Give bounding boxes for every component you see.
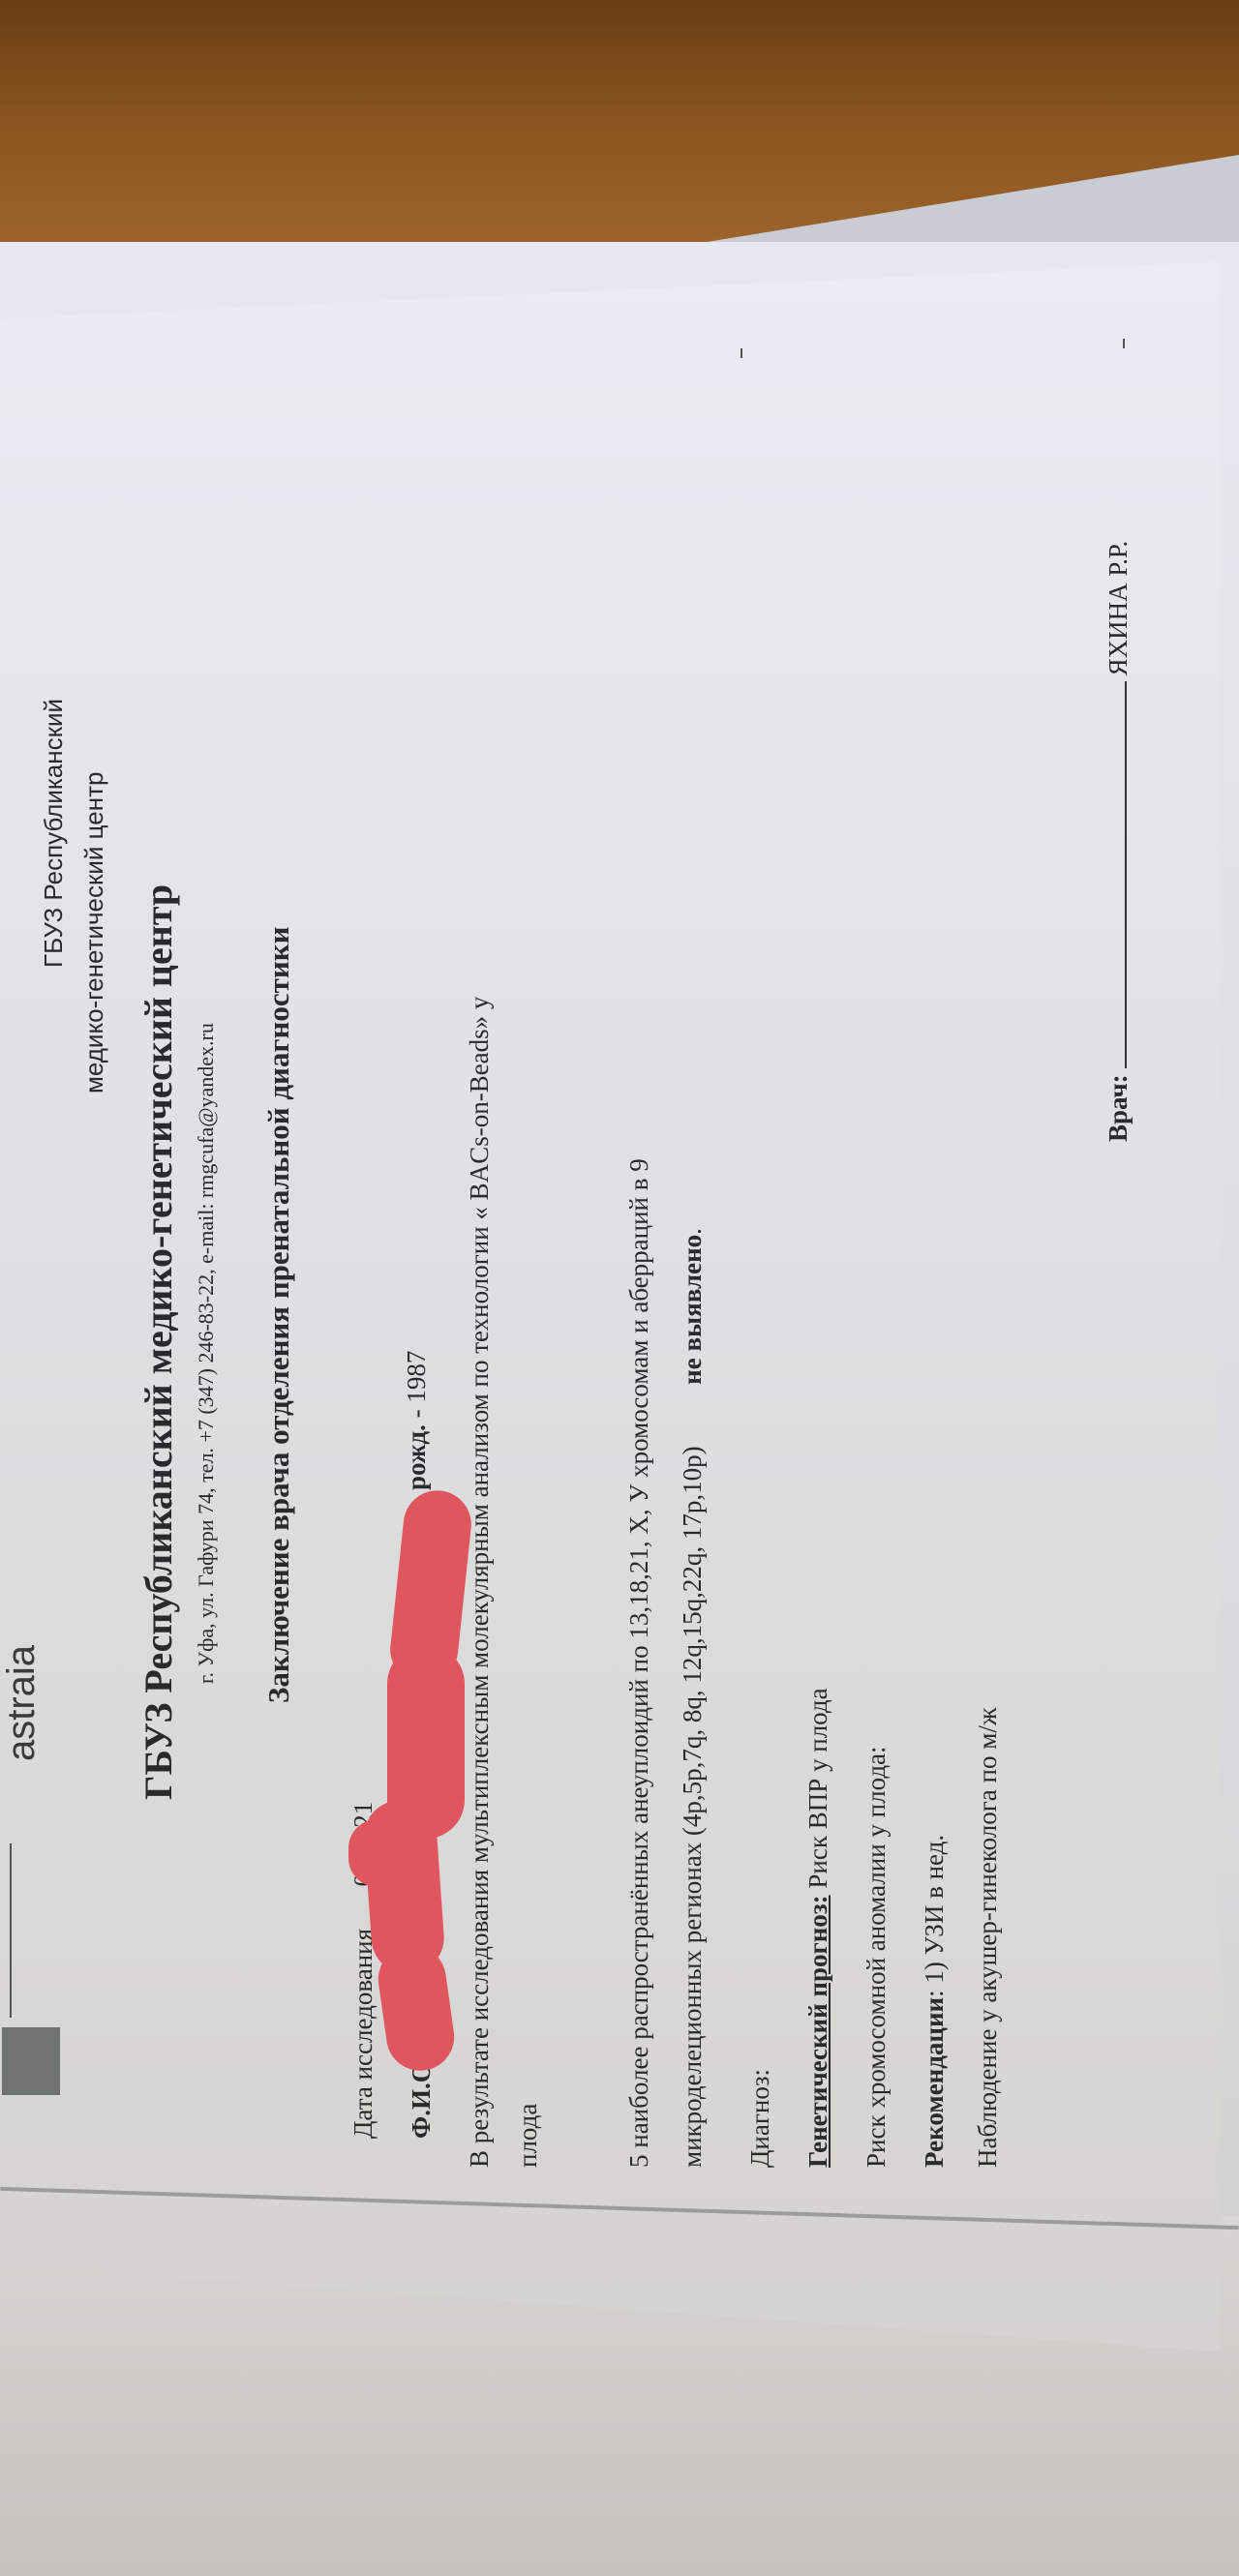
subtitle: Заключение врача отделения пренатальной … <box>261 927 296 1703</box>
signature-line <box>1125 681 1127 1068</box>
finding-period: . <box>678 1228 707 1235</box>
prognosis-value: Риск ВПР у плода <box>803 1688 832 1895</box>
recommendations: Рекомендации: 1) УЗИ в нед. <box>920 1835 950 2168</box>
signature-block: Врач:ЯХИНА Р.Р. <box>1103 541 1133 1142</box>
birth-field: рожд. - 1987 <box>402 1351 432 1490</box>
divider <box>10 1843 12 2018</box>
finding-line-2: микроделеционных регионах (4p,5p,7q, 8q,… <box>678 1228 708 2168</box>
recommendations-value: : 1) УЗИ в нед. <box>920 1835 949 1997</box>
finding-line-1: 5 наиболее распространённых анеуплоидий … <box>624 1158 654 2168</box>
document-content: astraia ГБУЗ Республиканский медико-гене… <box>0 213 1239 2342</box>
birth-value: - 1987 <box>402 1351 431 1419</box>
chromosomal-risk: Риск хромосомной аномалии у плода: <box>861 1746 891 2168</box>
birth-label: рожд. <box>402 1424 431 1490</box>
astraia-logo: astraia <box>0 1645 44 1761</box>
redaction-mark <box>387 1487 475 1687</box>
recommendations-label: Рекомендации <box>920 1997 949 2168</box>
gray-mark <box>2 2027 60 2095</box>
observation: Наблюдение у акушер-гинеколога по м/ж <box>973 1708 1003 2168</box>
result-line-2: плода <box>513 2104 543 2168</box>
speck <box>1123 339 1125 348</box>
corner-header-line1: ГБУЗ Республиканский <box>39 699 69 968</box>
corner-header-line2: медико-генетический центр <box>79 772 109 1093</box>
prognosis: Генетический прогноз: Риск ВПР у плода <box>803 1688 833 2168</box>
prognosis-label: Генетический прогноз: <box>803 1895 832 2168</box>
redaction-mark <box>348 1819 407 1887</box>
diagnosis-label: Диагноз: <box>745 2069 775 2168</box>
finding-regions: микроделеционных регионах (4p,5p,7q, 8q,… <box>678 1446 707 2168</box>
address-line: г. Уфа, ул. Гафури 74, тел. +7 (347) 246… <box>194 1023 219 1684</box>
doctor-name: ЯХИНА Р.Р. <box>1103 541 1133 676</box>
date-label: Дата исследования <box>348 1929 378 2139</box>
page-title: ГБУЗ Республиканский медико-генетический… <box>136 884 181 1800</box>
finding-result: не выявлено <box>678 1235 707 1385</box>
signature-label: Врач: <box>1103 1074 1133 1142</box>
result-line-1: В результате исследования мультиплексным… <box>465 997 495 2168</box>
speck <box>740 348 742 358</box>
